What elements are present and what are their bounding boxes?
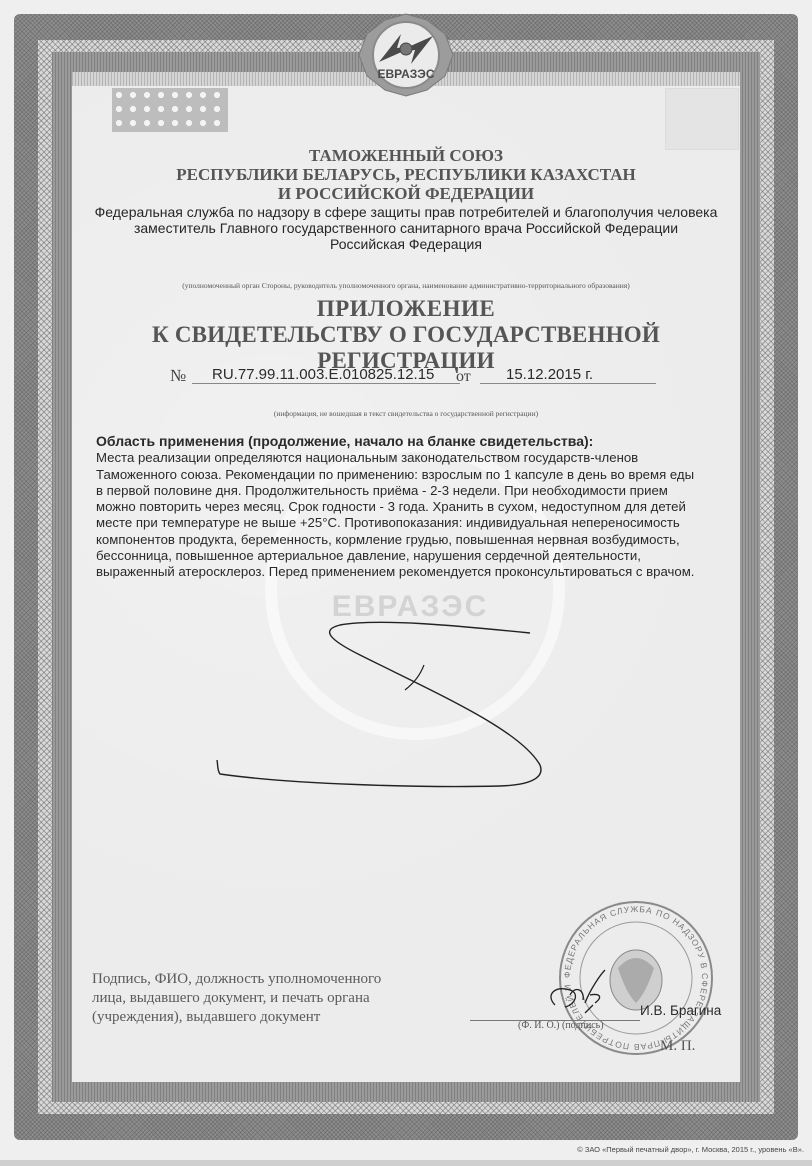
document-title: ПРИЛОЖЕНИЕ (72, 296, 740, 322)
caption-line: лица, выдавшего документ, и печать орган… (92, 989, 450, 1008)
scope-line: можно повторить через месяц. Срок годнос… (96, 499, 740, 515)
blank-space-z-mark (200, 560, 560, 800)
union-line: И РОССИЙСКОЙ ФЕДЕРАЦИИ (72, 184, 740, 203)
svg-text:ЕВРАЗЭС: ЕВРАЗЭС (377, 67, 434, 81)
union-line: РЕСПУБЛИКИ БЕЛАРУСЬ, РЕСПУБЛИКИ КАЗАХСТА… (72, 165, 740, 184)
from-label: от (456, 368, 471, 386)
scope-section: Область применения (продолжение, начало … (96, 433, 740, 581)
registration-date: 15.12.2015 г. (506, 366, 593, 383)
signature-caption: Подпись, ФИО, должность уполномоченного … (92, 970, 450, 1027)
number-underline (192, 383, 460, 384)
scope-line: Таможенного союза. Рекомендации по приме… (96, 467, 740, 483)
agency-line: Федеральная служба по надзору в сфере за… (72, 204, 740, 220)
registration-number: RU.77.99.11.003.E.010825.12.15 (212, 366, 434, 383)
registration-line: № RU.77.99.11.003.E.010825.12.15 от 15.1… (164, 366, 664, 386)
eurasec-emblem-icon: ЕВРАЗЭС (357, 12, 455, 98)
corner-security-box (665, 88, 739, 150)
handwritten-signature (545, 965, 615, 1015)
agency-line: Российская Федерация (72, 236, 740, 252)
scan-edge (0, 1160, 812, 1166)
seal-mark: М. П. (660, 1038, 695, 1055)
printer-copyright: © ЗАО «Первый печатный двор», г. Москва,… (577, 1145, 804, 1154)
scope-line: Места реализации определяются национальн… (96, 450, 740, 466)
hologram-patch (112, 88, 228, 132)
info-hint: (информация, не вошедшая в текст свидете… (72, 409, 740, 418)
signer-name: И.В. Брагина (640, 1003, 721, 1018)
fio-hint: (Ф. И. О.) (подпись) (518, 1020, 604, 1031)
agency-line: заместитель Главного государственного са… (72, 220, 740, 236)
scope-line: компонентов продукта, беременность, корм… (96, 532, 740, 548)
scope-line: в первой половине дня. Продолжительность… (96, 483, 740, 499)
issuing-agency: Федеральная служба по надзору в сфере за… (72, 204, 740, 252)
number-sign: № (170, 366, 186, 386)
customs-union-heading: ТАМОЖЕННЫЙ СОЮЗ РЕСПУБЛИКИ БЕЛАРУСЬ, РЕС… (72, 146, 740, 203)
scope-line: месте при температуре не выше +25°С. Про… (96, 515, 740, 531)
date-underline (480, 383, 656, 384)
caption-line: (учреждения), выдавшего документ (92, 1008, 450, 1027)
union-line: ТАМОЖЕННЫЙ СОЮЗ (72, 146, 740, 165)
caption-line: Подпись, ФИО, должность уполномоченного (92, 970, 450, 989)
scope-heading: Область применения (продолжение, начало … (96, 433, 740, 449)
authority-hint: (уполномоченный орган Стороны, руководит… (72, 281, 740, 290)
